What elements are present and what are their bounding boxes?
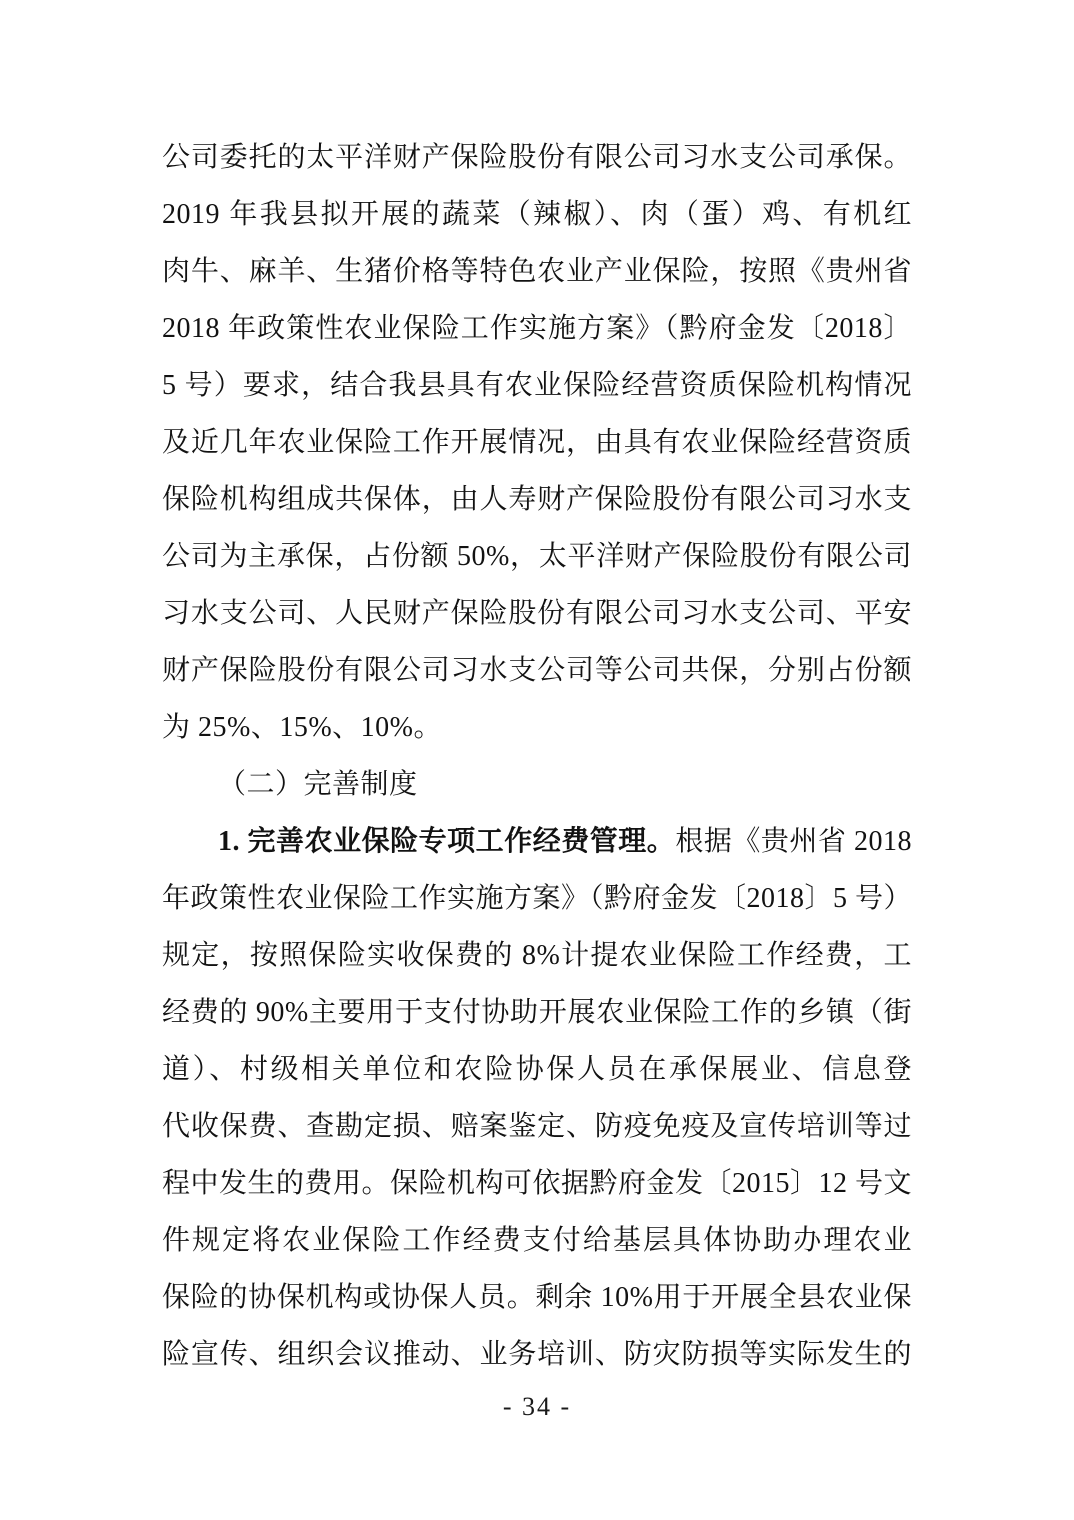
text-run: 2019 年我县拟开展的蔬菜（辣椒）、肉（蛋）鸡、有机红粮、	[162, 199, 912, 243]
text-line: 为 25%、15%、10%。	[162, 699, 912, 756]
text-run: 代收保费、查勘定损、赔案鉴定、防疫免疫及宣传培训等过	[162, 1111, 912, 1142]
text-line: 件规定将农业保险工作经费支付给基层具体协助办理农业	[162, 1212, 912, 1269]
text-run: 公司为主承保，占份额 50%，太平洋财产保险股份有限公司	[162, 541, 912, 572]
text-line: 财产保险股份有限公司习水支公司等公司共保，分别占份额	[162, 642, 912, 699]
text-line: 公司为主承保，占份额 50%，太平洋财产保险股份有限公司	[162, 528, 912, 585]
paragraph-coinsurance-arrangement: 公司委托的太平洋财产保险股份有限公司习水支公司承保。2019 年我县拟开展的蔬菜…	[162, 129, 912, 756]
text-run: 财产保险股份有限公司习水支公司等公司共保，分别占份额	[162, 655, 912, 686]
text-line: 经费的 90%主要用于支付协助开展农业保险工作的乡镇（街	[162, 984, 912, 1041]
text-run: 公司委托的太平洋财产保险股份有限公司习水支公司承保。	[162, 142, 912, 173]
text-line: 程中发生的费用。保险机构可依据黔府金发〔2015〕12 号文	[162, 1155, 912, 1212]
text-line: 保险机构组成共保体，由人寿财产保险股份有限公司习水支	[162, 471, 912, 528]
page-number: - 34 -	[0, 1392, 1074, 1422]
text-line: 习水支公司、人民财产保险股份有限公司习水支公司、平安	[162, 585, 912, 642]
text-line: 肉牛、麻羊、生猪价格等特色农业产业保险，按照《贵州省	[162, 243, 912, 300]
text-run: 2018 年政策性农业保险工作实施方案》（黔府金发〔2018〕	[162, 313, 912, 344]
text-run: 肉牛、麻羊、生猪价格等特色农业产业保险，按照《贵州省	[162, 256, 912, 287]
text-line: 及近几年农业保险工作开展情况，由具有农业保险经营资质	[162, 414, 912, 471]
text-line: 规定，按照保险实收保费的 8%计提农业保险工作经费，工作	[162, 927, 912, 984]
text-line: 年政策性农业保险工作实施方案》（黔府金发〔2018〕5 号）	[162, 870, 912, 927]
bold-heading-run: 1. 完善农业保险专项工作经费管理。	[218, 826, 675, 857]
text-line: 5 号）要求，结合我县具有农业保险经营资质保险机构情况	[162, 357, 912, 414]
heading-section-two-improve-system: （二）完善制度	[162, 756, 912, 813]
text-run: 件规定将农业保险工作经费支付给基层具体协助办理农业	[162, 1225, 912, 1256]
text-line: （二）完善制度	[162, 756, 912, 813]
text-run: 根据《贵州省 2018	[675, 826, 912, 857]
text-line: 2018 年政策性农业保险工作实施方案》（黔府金发〔2018〕	[162, 300, 912, 357]
document-body: 公司委托的太平洋财产保险股份有限公司习水支公司承保。2019 年我县拟开展的蔬菜…	[162, 129, 912, 1383]
text-run: 道）、村级相关单位和农险协保人员在承保展业、信息登录、	[162, 1054, 912, 1098]
text-run: 程中发生的费用。保险机构可依据黔府金发〔2015〕12 号文	[162, 1168, 912, 1199]
document-page: 公司委托的太平洋财产保险股份有限公司习水支公司承保。2019 年我县拟开展的蔬菜…	[0, 0, 1074, 1520]
paragraph-work-fund-management: 1. 完善农业保险专项工作经费管理。根据《贵州省 2018年政策性农业保险工作实…	[162, 813, 912, 1383]
text-line: 代收保费、查勘定损、赔案鉴定、防疫免疫及宣传培训等过	[162, 1098, 912, 1155]
text-run: 经费的 90%主要用于支付协助开展农业保险工作的乡镇（街	[162, 997, 912, 1028]
text-line: 保险的协保机构或协保人员。剩余 10%用于开展全县农业保	[162, 1269, 912, 1326]
text-line: 险宣传、组织会议推动、业务培训、防灾防损等实际发生的	[162, 1326, 912, 1383]
text-run: 保险机构组成共保体，由人寿财产保险股份有限公司习水支	[162, 484, 912, 515]
text-run: 保险的协保机构或协保人员。剩余 10%用于开展全县农业保	[162, 1282, 912, 1313]
text-line: 1. 完善农业保险专项工作经费管理。根据《贵州省 2018	[162, 813, 912, 870]
text-run: 及近几年农业保险工作开展情况，由具有农业保险经营资质	[162, 427, 912, 458]
text-run: 为 25%、15%、10%。	[162, 712, 442, 743]
text-run: 年政策性农业保险工作实施方案》（黔府金发〔2018〕5 号）	[162, 883, 912, 914]
text-run: 险宣传、组织会议推动、业务培训、防灾防损等实际发生的	[162, 1339, 912, 1370]
text-line: 2019 年我县拟开展的蔬菜（辣椒）、肉（蛋）鸡、有机红粮、	[162, 186, 912, 243]
text-run: （二）完善制度	[218, 769, 418, 800]
text-line: 道）、村级相关单位和农险协保人员在承保展业、信息登录、	[162, 1041, 912, 1098]
text-run: 5 号）要求，结合我县具有农业保险经营资质保险机构情况	[162, 370, 912, 401]
text-run: 规定，按照保险实收保费的 8%计提农业保险工作经费，工作	[162, 940, 912, 984]
text-line: 公司委托的太平洋财产保险股份有限公司习水支公司承保。	[162, 129, 912, 186]
text-run: 习水支公司、人民财产保险股份有限公司习水支公司、平安	[162, 598, 912, 629]
